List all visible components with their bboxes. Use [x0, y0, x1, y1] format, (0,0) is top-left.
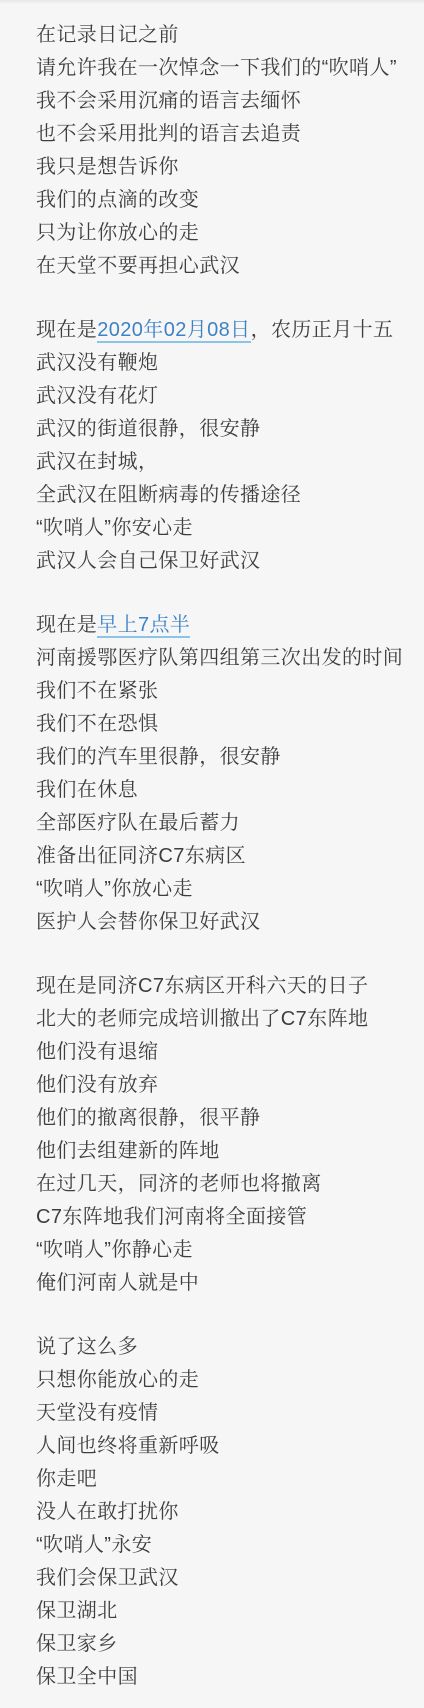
poem-line: 河南援鄂医疗队第四组第三次出发的时间 [36, 642, 400, 675]
poem-line: 武汉没有鞭炮 [36, 347, 400, 380]
poem-line: 保卫家乡 [36, 1628, 400, 1661]
line-text: 保卫全中国 [36, 1666, 138, 1688]
line-text: 他们没有退缩 [36, 1041, 158, 1063]
poem-line: 我们的点滴的改变 [36, 184, 400, 217]
line-text: “吹哨人”你放心走 [36, 878, 193, 900]
line-text: 全部医疗队在最后蓄力 [36, 812, 240, 834]
date-link[interactable]: 2020年02月08日 [97, 319, 250, 343]
line-text: “吹哨人”永安 [36, 1534, 152, 1556]
poem-line: 我们会保卫武汉 [36, 1562, 400, 1595]
line-text: 说了这么多 [36, 1336, 138, 1358]
stanza: 说了这么多只想你能放心的走天堂没有疫情人间也终将重新呼吸你走吧没人在敢打扰你“吹… [36, 1331, 400, 1694]
line-text: 河南援鄂医疗队第四组第三次出发的时间 [36, 647, 403, 669]
line-text: 武汉没有花灯 [36, 385, 158, 407]
poem-line: 我只是想告诉你 [36, 151, 400, 184]
poem-line: 保卫全中国 [36, 1661, 400, 1694]
poem-line: 武汉在封城， [36, 446, 400, 479]
line-text: 只想你能放心的走 [36, 1369, 199, 1391]
line-text: “吹哨人”你安心走 [36, 517, 193, 539]
poem-line: 全部医疗队在最后蓄力 [36, 807, 400, 840]
line-text: 全武汉在阻断病毒的传播途径 [36, 484, 301, 506]
poem-line: 我们不在紧张 [36, 675, 400, 708]
line-text: 他们的撤离很静，很平静 [36, 1107, 260, 1129]
poem-line: 说了这么多 [36, 1331, 400, 1364]
line-text: 在过几天，同济的老师也将撤离 [36, 1173, 322, 1195]
line-text: 武汉没有鞭炮 [36, 352, 158, 374]
poem-line: “吹哨人”永安 [36, 1529, 400, 1562]
line-text: “吹哨人”你静心走 [36, 1239, 193, 1261]
line-text: 在天堂不要再担心武汉 [36, 255, 240, 277]
poem-line: 他们没有退缩 [36, 1036, 400, 1069]
line-text: 我只是想告诉你 [36, 156, 179, 178]
poem-line: 俺们河南人就是中 [36, 1267, 400, 1300]
poem-line: 他们的撤离很静，很平静 [36, 1102, 400, 1135]
line-text: 我们的点滴的改变 [36, 189, 199, 211]
poem-line: 人间也终将重新呼吸 [36, 1430, 400, 1463]
line-text: 你走吧 [36, 1468, 97, 1490]
line-text: 现在是 [36, 319, 97, 341]
diary-page: 在记录日记之前请允许我在一次悼念一下我们的“吹哨人”我不会采用沉痛的语言去缅怀也… [0, 0, 424, 1708]
line-text: 我不会采用沉痛的语言去缅怀 [36, 90, 301, 112]
line-text: 在记录日记之前 [36, 24, 179, 46]
poem-line: 北大的老师完成培训撤出了C7东阵地 [36, 1003, 400, 1036]
line-text: 人间也终将重新呼吸 [36, 1435, 220, 1457]
poem-line: 我不会采用沉痛的语言去缅怀 [36, 85, 400, 118]
stanza: 现在是同济C7东病区开科六天的日子北大的老师完成培训撤出了C7东阵地他们没有退缩… [36, 970, 400, 1300]
poem-line: 全武汉在阻断病毒的传播途径 [36, 479, 400, 512]
stanza: 在记录日记之前请允许我在一次悼念一下我们的“吹哨人”我不会采用沉痛的语言去缅怀也… [36, 19, 400, 283]
poem-line: 也不会采用批判的语言去追责 [36, 118, 400, 151]
poem-line: “吹哨人”你安心走 [36, 512, 400, 545]
line-text: 没人在敢打扰你 [36, 1501, 179, 1523]
poem-line: C7东阵地我们河南将全面接管 [36, 1201, 400, 1234]
line-text: 我们的汽车里很静，很安静 [36, 746, 281, 768]
line-text: 医护人会替你保卫好武汉 [36, 911, 260, 933]
time-link[interactable]: 早上7点半 [97, 614, 190, 638]
poem-line: 只想你能放心的走 [36, 1364, 400, 1397]
line-text: 现在是 [36, 614, 97, 636]
poem-line: 武汉人会自己保卫好武汉 [36, 545, 400, 578]
poem-line: 武汉没有花灯 [36, 380, 400, 413]
line-text: 武汉的街道很静，很安静 [36, 418, 260, 440]
line-text: 武汉人会自己保卫好武汉 [36, 550, 260, 572]
line-text: 保卫湖北 [36, 1600, 118, 1622]
line-text: 准备出征同济C7东病区 [36, 845, 246, 867]
poem-line: 请允许我在一次悼念一下我们的“吹哨人” [36, 52, 400, 85]
line-text: 他们没有放弃 [36, 1074, 158, 1096]
line-text: 我们在休息 [36, 779, 138, 801]
line-text: 只为让你放心的走 [36, 222, 199, 244]
stanza: 现在是早上7点半河南援鄂医疗队第四组第三次出发的时间我们不在紧张我们不在恐惧我们… [36, 609, 400, 939]
diary-text: 在记录日记之前请允许我在一次悼念一下我们的“吹哨人”我不会采用沉痛的语言去缅怀也… [0, 4, 424, 1694]
poem-line: 天堂没有疫情 [36, 1397, 400, 1430]
poem-line: 现在是2020年02月08日，农历正月十五 [36, 314, 400, 347]
poem-line: 医护人会替你保卫好武汉 [36, 906, 400, 939]
poem-line: 只为让你放心的走 [36, 217, 400, 250]
poem-line: 他们没有放弃 [36, 1069, 400, 1102]
line-text: 也不会采用批判的语言去追责 [36, 123, 301, 145]
poem-line: 在天堂不要再担心武汉 [36, 250, 400, 283]
line-text: 现在是同济C7东病区开科六天的日子 [36, 975, 368, 997]
line-text: 保卫家乡 [36, 1633, 118, 1655]
line-text: 他们去组建新的阵地 [36, 1140, 220, 1162]
line-text: 我们不在紧张 [36, 680, 158, 702]
line-text: 天堂没有疫情 [36, 1402, 158, 1424]
line-text: 我们不在恐惧 [36, 713, 158, 735]
line-text: ，农历正月十五 [251, 319, 394, 341]
line-text: C7东阵地我们河南将全面接管 [36, 1206, 307, 1228]
poem-line: 他们去组建新的阵地 [36, 1135, 400, 1168]
poem-line: 在过几天，同济的老师也将撤离 [36, 1168, 400, 1201]
poem-line: 我们在休息 [36, 774, 400, 807]
line-text: 请允许我在一次悼念一下我们的“吹哨人” [36, 57, 397, 79]
poem-line: “吹哨人”你静心走 [36, 1234, 400, 1267]
poem-line: 现在是早上7点半 [36, 609, 400, 642]
poem-line: 我们不在恐惧 [36, 708, 400, 741]
line-text: 武汉在封城， [36, 451, 158, 473]
poem-line: 保卫湖北 [36, 1595, 400, 1628]
poem-line: 我们的汽车里很静，很安静 [36, 741, 400, 774]
poem-line: 武汉的街道很静，很安静 [36, 413, 400, 446]
line-text: 我们会保卫武汉 [36, 1567, 179, 1589]
line-text: 俺们河南人就是中 [36, 1272, 199, 1294]
poem-line: 没人在敢打扰你 [36, 1496, 400, 1529]
poem-line: 在记录日记之前 [36, 19, 400, 52]
poem-line: 你走吧 [36, 1463, 400, 1496]
poem-line: 准备出征同济C7东病区 [36, 840, 400, 873]
poem-line: “吹哨人”你放心走 [36, 873, 400, 906]
line-text: 北大的老师完成培训撤出了C7东阵地 [36, 1008, 368, 1030]
stanza: 现在是2020年02月08日，农历正月十五武汉没有鞭炮武汉没有花灯武汉的街道很静… [36, 314, 400, 578]
poem-line: 现在是同济C7东病区开科六天的日子 [36, 970, 400, 1003]
